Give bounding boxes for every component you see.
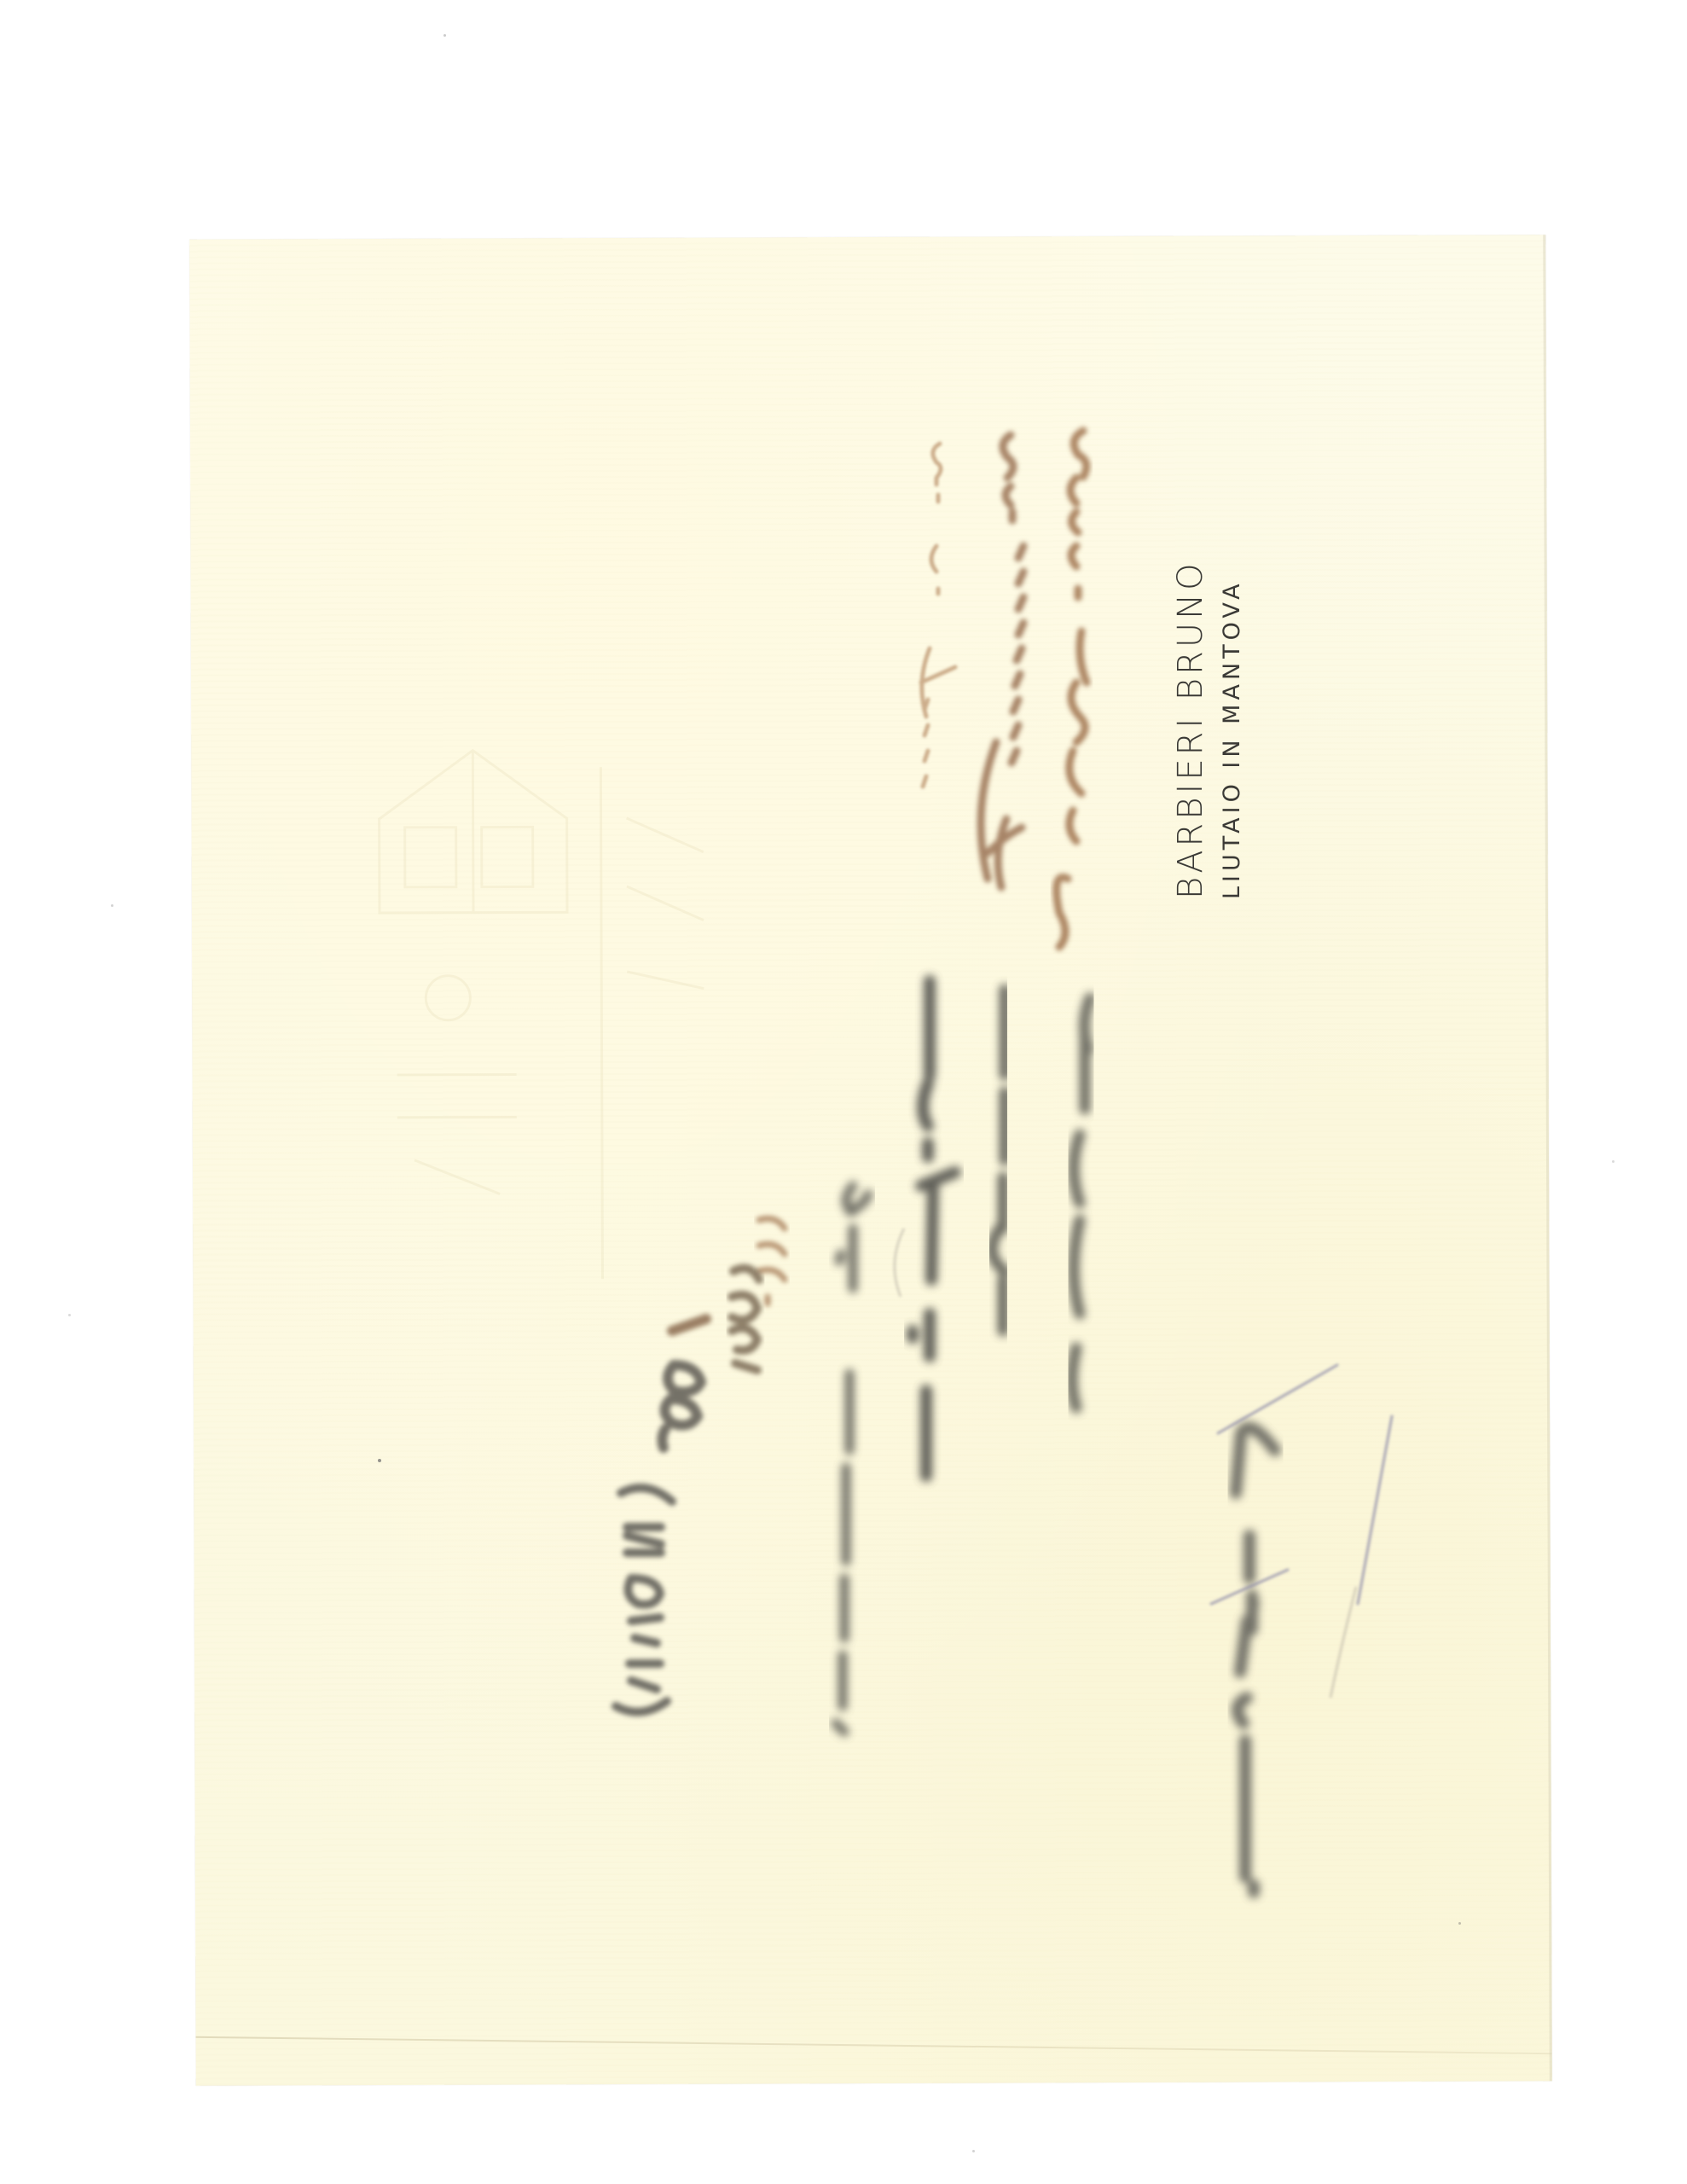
signature-strokes [1236, 1427, 1275, 1892]
year-1956-strokes [662, 1319, 706, 1448]
year-1954-strokes [732, 1269, 759, 1370]
brown-ink-line-1 [1057, 431, 1087, 947]
scan-speck [111, 904, 113, 907]
scan-speck [443, 34, 446, 37]
parenthetical-nov-strokes [616, 1488, 672, 1712]
scan-page: BARBIERI BRUNO LIUTAIO IN MANTOVA [0, 0, 1687, 2184]
brown-ink-line-3 [921, 444, 955, 787]
dark-ink-line-4 [836, 1186, 868, 1732]
faint-pencil-marks [895, 1228, 1356, 1698]
scan-speck [1458, 1922, 1461, 1925]
dark-ink-line-1 [1072, 998, 1090, 1408]
dark-ink-line-2 [992, 990, 1005, 1331]
dark-ink-line-3 [913, 981, 955, 1476]
scan-speck [972, 2150, 975, 2152]
scan-speck [1612, 1160, 1615, 1163]
brown-ink-line-4 [759, 1218, 785, 1304]
scan-speck [68, 1314, 71, 1316]
handwriting-bleed-through [0, 0, 1687, 2184]
brown-ink-line-2 [981, 435, 1023, 887]
scan-speck [378, 1459, 381, 1462]
